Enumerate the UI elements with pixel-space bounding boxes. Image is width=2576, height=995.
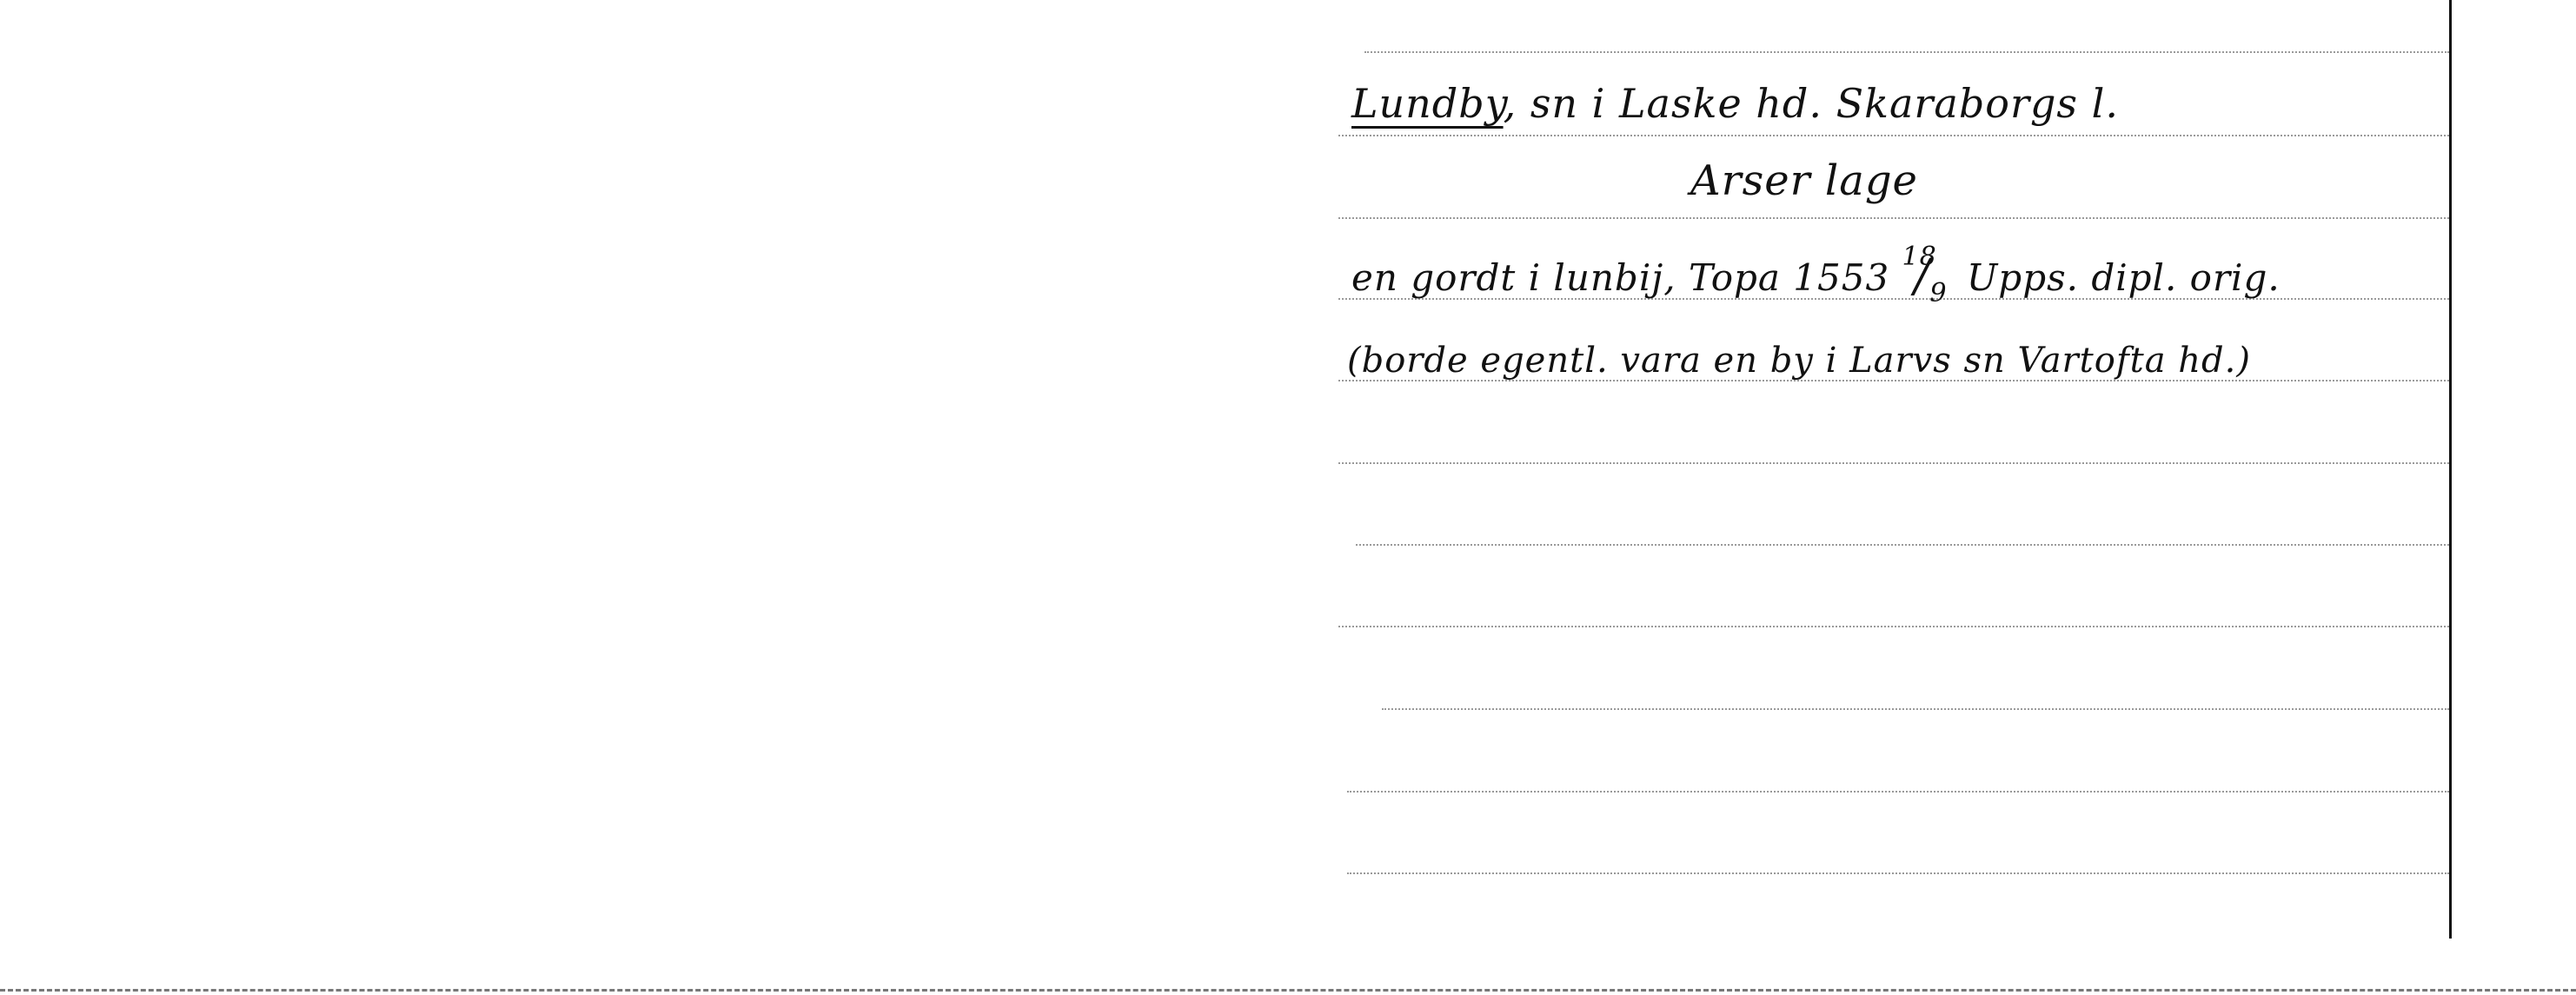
date-fraction: 18 / 9	[1902, 259, 1955, 302]
index-card: Lundby, sn i Laske hd. Skaraborgs l. Ars…	[0, 0, 2576, 995]
source-reference: Upps. dipl. orig.	[1967, 256, 2281, 299]
ruled-line	[1364, 51, 2449, 53]
scan-edge-artifact	[0, 989, 2576, 992]
entry-line-1: en gordt i lunbij, Topa 1553 18 / 9 Upps…	[1351, 256, 2281, 302]
ruled-line	[1338, 217, 2449, 219]
ruled-line	[1347, 791, 2449, 793]
card-subheading: Arser lage	[1690, 156, 1918, 205]
card-heading: Lundby, sn i Laske hd. Skaraborgs l.	[1351, 80, 2119, 127]
place-description: , sn i Laske hd. Skaraborgs l.	[1504, 80, 2119, 127]
ruled-line	[1382, 708, 2449, 710]
ruled-line	[1338, 135, 2449, 136]
ruled-line	[1356, 544, 2449, 546]
ruled-line	[1347, 872, 2449, 874]
entry-text: en gordt i lunbij, Topa 1553	[1351, 256, 1889, 299]
ruled-line	[1338, 462, 2449, 464]
card-right-border	[2449, 0, 2452, 939]
entry-line-2: (borde egentl. vara en by i Larvs sn Var…	[1347, 341, 2251, 381]
ruled-line	[1338, 626, 2449, 627]
fraction-slash: /	[1915, 250, 1931, 302]
date-month: 9	[1930, 278, 1948, 308]
place-name: Lundby	[1351, 80, 1504, 127]
